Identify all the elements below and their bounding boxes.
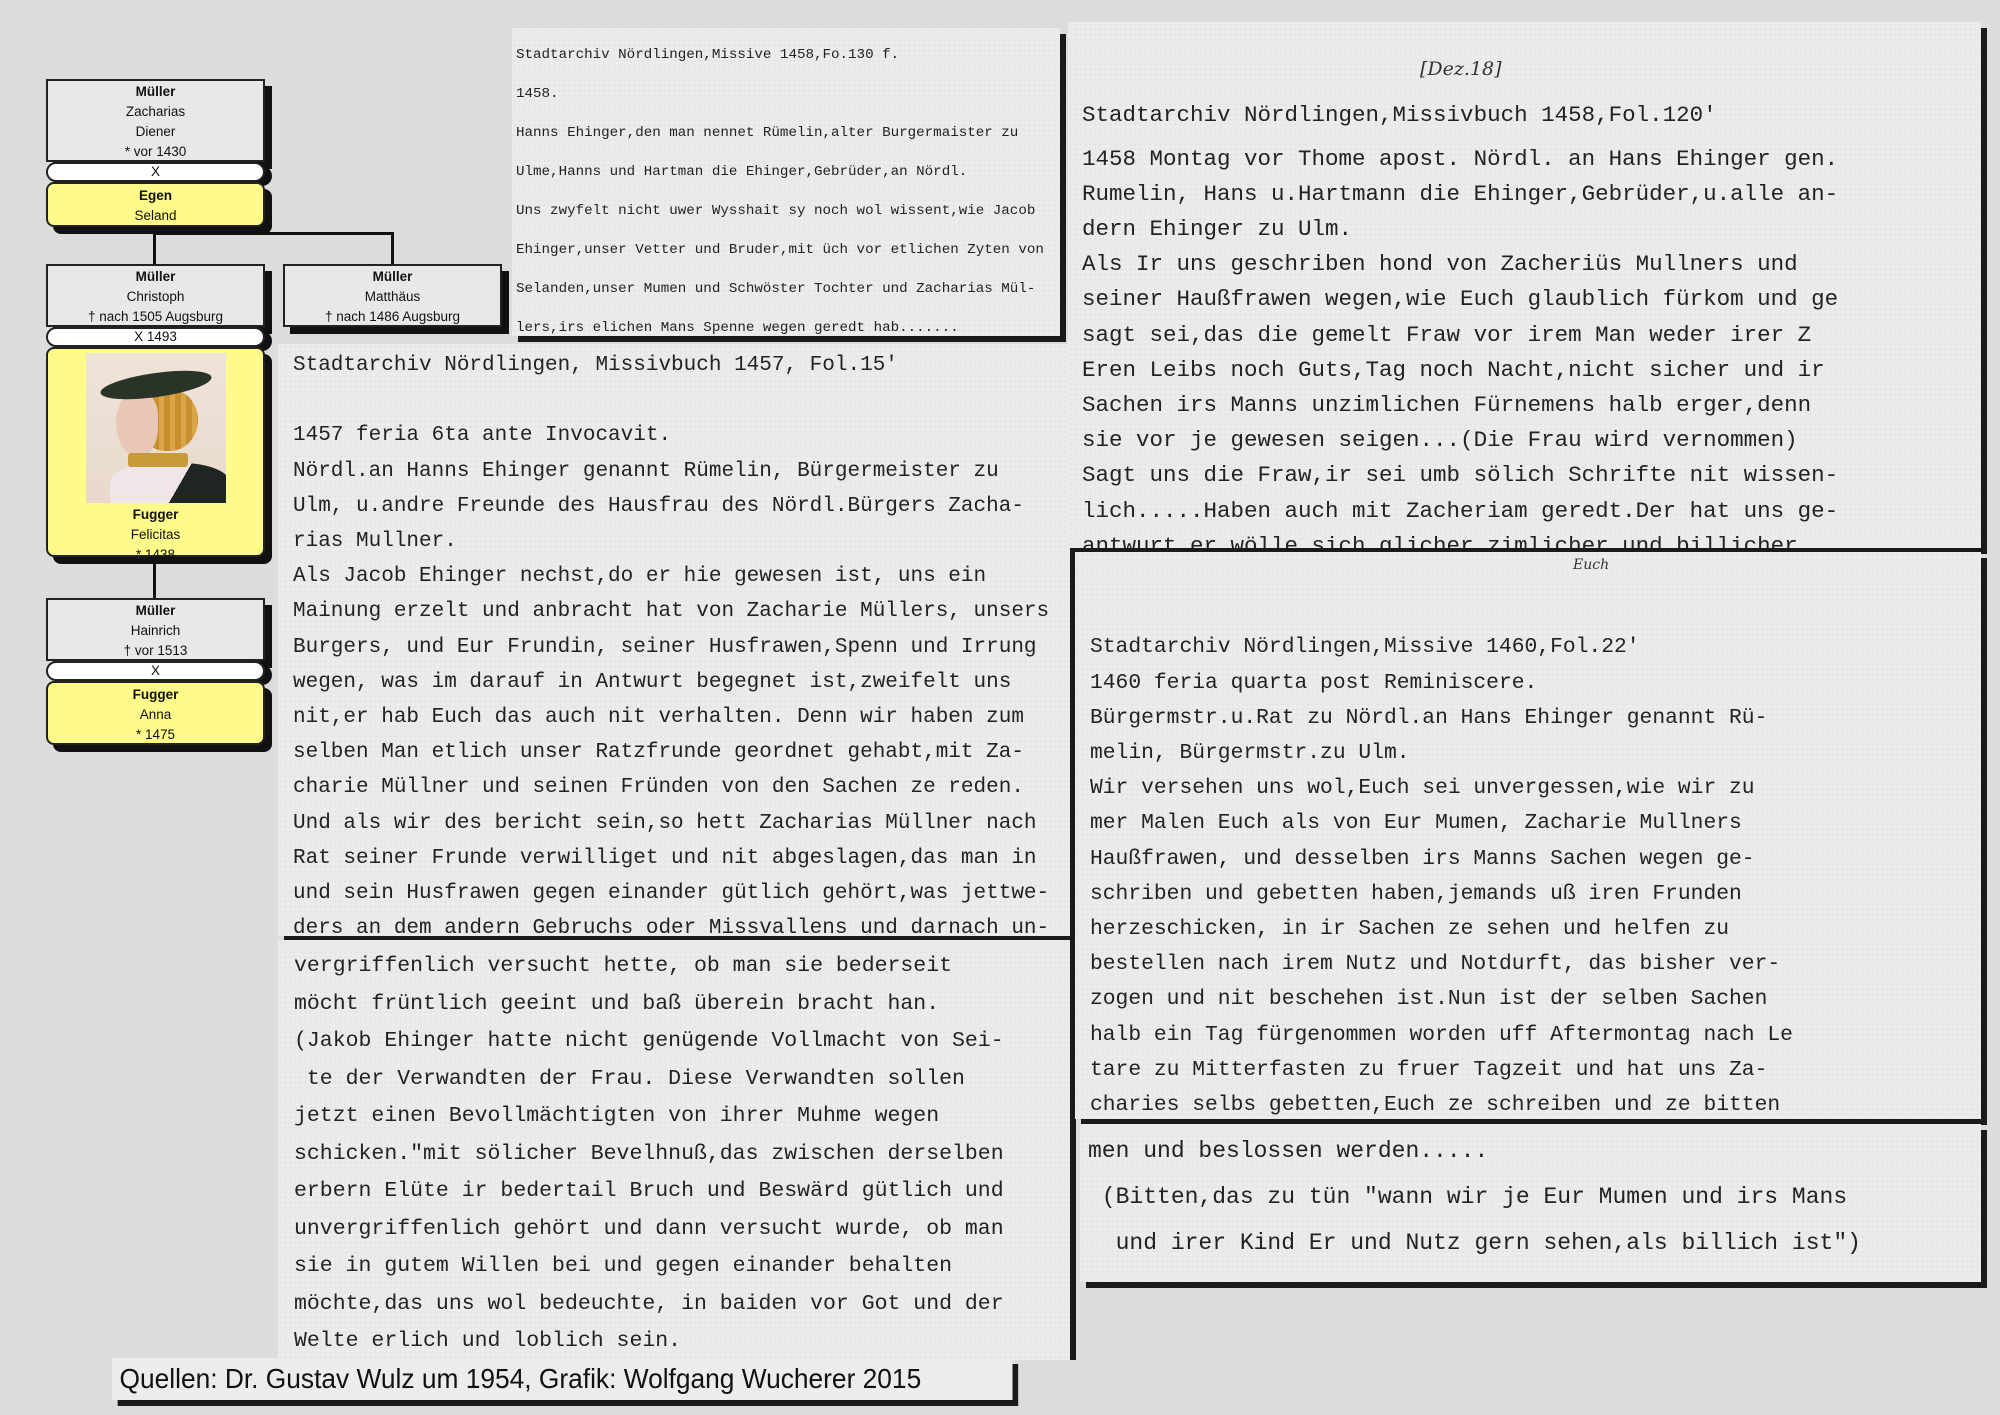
document-line: Rat seiner Frunde verwilliget und nit ab… xyxy=(293,841,1070,876)
document-line: Ulme,Hanns und Hartman die Ehinger,Gebrü… xyxy=(516,153,1060,192)
document-line: herzeschicken, in ir Sachen ze sehen und… xyxy=(1090,912,1981,947)
document-line: Rumelin, Hans u.Hartmann die Ehinger,Geb… xyxy=(1082,177,1981,212)
document-line: (Bitten,das zu tün "wann wir je Eur Mume… xyxy=(1088,1174,1981,1220)
marriage-marker: X 1493 xyxy=(46,327,265,347)
document-line: Burgers, und Eur Frundin, seiner Husfraw… xyxy=(293,630,1070,665)
document-line: Ulm, u.andre Freunde des Hausfrau des Nö… xyxy=(293,489,1070,524)
document-line: seiner Haußfrawen wegen,wie Euch glaubli… xyxy=(1082,282,1981,317)
document-line: Sachen irs Manns unzimlichen Fürnemens h… xyxy=(1082,388,1981,423)
handwritten-annotation: Euch xyxy=(1573,552,1609,583)
given-name: Anna xyxy=(48,705,263,725)
document-line: dern Ehinger zu Ulm. xyxy=(1082,212,1981,247)
occupation: Diener xyxy=(48,122,263,142)
document-line: charie Müllner und seinen Fründen von de… xyxy=(293,770,1070,805)
document-missivbuch-1458-fol120: [Dez.18] Stadtarchiv Nördlingen,Missivbu… xyxy=(1068,22,1981,548)
surname: Müller xyxy=(48,267,263,287)
birth-date: * vor 1430 xyxy=(48,142,263,162)
document-missive-1460-fol22: Euch Stadtarchiv Nördlingen,Missive 1460… xyxy=(1075,552,1981,1119)
birth-date: * 1438 xyxy=(48,545,263,565)
document-line: sie vor je gewesen seigen...(Die Frau wi… xyxy=(1082,423,1981,458)
document-line: Uns zwyfelt nicht uwer Wysshait sy noch … xyxy=(516,192,1060,231)
document-line: antwurt,er wölle sich glicher zimlicher … xyxy=(1082,529,1981,548)
document-line: Stadtarchiv Nördlingen,Missivbuch 1458,F… xyxy=(1082,98,1981,133)
surname: Müller xyxy=(48,601,263,621)
surname: Fugger xyxy=(48,505,263,525)
document-line: Wir versehen uns wol,Euch sei unvergesse… xyxy=(1090,771,1981,806)
connector-line xyxy=(391,232,394,264)
document-line: Als Ir uns geschriben hond von Zacheriüs… xyxy=(1082,247,1981,282)
connector-line xyxy=(153,232,393,235)
death-date: † vor 1513 xyxy=(48,641,263,661)
document-line: bestellen nach irem Nutz und Notdurft, d… xyxy=(1090,947,1981,982)
person-card-matthaeus-mueller[interactable]: Müller Matthäus † nach 1486 Augsburg xyxy=(283,264,502,327)
given-name: Zacharias xyxy=(48,102,263,122)
document-line: sagt sei,das die gemelt Fraw vor irem Ma… xyxy=(1082,318,1981,353)
given-name: Seland xyxy=(48,206,263,226)
document-line: Als Jacob Ehinger nechst,do er hie gewes… xyxy=(293,559,1070,594)
marriage-marker: X xyxy=(46,661,265,681)
document-line: Eren Leibs noch Guts,Tag noch Nacht,nich… xyxy=(1082,353,1981,388)
document-line: jetzt einen Bevollmächtigten von ihrer M… xyxy=(294,1098,1070,1136)
connector-line xyxy=(153,232,156,264)
document-line: wegen, was im darauf in Antwurt begegnet… xyxy=(293,665,1070,700)
document-line: charies selbs gebetten,Euch ze schreiben… xyxy=(1090,1088,1981,1119)
document-line: melin, Bürgermstr.zu Ulm. xyxy=(1090,736,1981,771)
document-line: unvergriffenlich gehört und dann versuch… xyxy=(294,1211,1070,1249)
document-line: lers,irs elichen Mans Spenne wegen gered… xyxy=(516,309,1060,336)
document-line: Ehinger,unser Vetter und Bruder,mit üch … xyxy=(516,231,1060,270)
surname: Fugger xyxy=(48,685,263,705)
marriage-marker: X xyxy=(46,162,265,182)
person-card-felicitas-fugger[interactable]: Fugger Felicitas * 1438 xyxy=(46,347,265,557)
document-line: mer Malen Euch als von Eur Mumen, Zachar… xyxy=(1090,806,1981,841)
document-line: tare zu Mitterfasten zu fruer Tagzeit un… xyxy=(1090,1053,1981,1088)
birth-date: * 1475 xyxy=(48,725,263,745)
person-card-christoph-mueller[interactable]: Müller Christoph † nach 1505 Augsburg xyxy=(46,264,265,327)
document-line: sie in gutem Willen bei und gegen einand… xyxy=(294,1248,1070,1286)
document-line: Hanns Ehinger,den man nennet Rümelin,alt… xyxy=(516,114,1060,153)
handwritten-annotation: [Dez.18] xyxy=(1420,52,1502,87)
document-line: ders an dem andern Gebruchs oder Missval… xyxy=(293,911,1070,936)
document-line: nit,er hab Euch das auch nit verhalten. … xyxy=(293,700,1070,735)
surname: Egen xyxy=(48,186,263,206)
given-name: Matthäus xyxy=(285,287,500,307)
document-line: Und als wir des bericht sein,so hett Zac… xyxy=(293,806,1070,841)
document-line: Mainung erzelt und anbracht hat von Zach… xyxy=(293,594,1070,629)
document-line: möchte,das uns wol bedeuchte, in baiden … xyxy=(294,1286,1070,1324)
document-line: Stadtarchiv Nördlingen,Missive 1458,Fo.1… xyxy=(516,36,1060,75)
death-date: † nach 1505 Augsburg xyxy=(48,307,263,327)
document-line: Selanden,unser Mumen und Schwöster Tocht… xyxy=(516,270,1060,309)
document-line: Stadtarchiv Nördlingen, Missivbuch 1457,… xyxy=(293,348,1070,383)
connector-line xyxy=(153,562,156,598)
given-name: Felicitas xyxy=(48,525,263,545)
document-line xyxy=(293,383,1070,418)
document-line: möcht früntlich geeint und baß überein b… xyxy=(294,986,1070,1024)
document-line: Nördl.an Hanns Ehinger genannt Rümelin, … xyxy=(293,454,1070,489)
document-line: erbern Elüte ir bedertail Bruch und Besw… xyxy=(294,1173,1070,1211)
document-line: 1458 Montag vor Thome apost. Nördl. an H… xyxy=(1082,142,1981,177)
document-missive-1460-continued: men und beslossen werden..... (Bitten,da… xyxy=(1080,1124,1981,1282)
document-missivbuch-1457-continued: vergriffenlich versucht hette, ob man si… xyxy=(278,940,1070,1360)
document-line: selben Man etlich unser Ratzfrunde geord… xyxy=(293,735,1070,770)
document-line: vergriffenlich versucht hette, ob man si… xyxy=(294,948,1070,986)
document-line: 1458. xyxy=(516,75,1060,114)
death-date: † nach 1486 Augsburg xyxy=(285,307,500,327)
document-line: schriben und gebetten haben,jemands uß i… xyxy=(1090,877,1981,912)
document-line: Bürgermstr.u.Rat zu Nördl.an Hans Ehinge… xyxy=(1090,701,1981,736)
document-line: zogen und nit beschehen ist.Nun ist der … xyxy=(1090,982,1981,1017)
portrait-image xyxy=(86,353,226,503)
document-line: lich.....Haben auch mit Zacheriam geredt… xyxy=(1082,494,1981,529)
document-line: Haußfrawen, und desselben irs Manns Sach… xyxy=(1090,842,1981,877)
document-missivbuch-1457: Stadtarchiv Nördlingen, Missivbuch 1457,… xyxy=(278,344,1070,936)
surname: Müller xyxy=(48,82,263,102)
document-line: 1460 feria quarta post Reminiscere. xyxy=(1090,666,1981,701)
document-line: Sagt uns die Fraw,ir sei umb sölich Schr… xyxy=(1082,458,1981,493)
document-line: te der Verwandten der Frau. Diese Verwan… xyxy=(294,1061,1070,1099)
given-name: Hainrich xyxy=(48,621,263,641)
document-line: 1457 feria 6ta ante Invocavit. xyxy=(293,418,1070,453)
document-line: schicken."mit sölicher Bevelhnuß,das zwi… xyxy=(294,1136,1070,1174)
document-line: rias Mullner. xyxy=(293,524,1070,559)
document-line: und sein Husfrawen gegen einander gütlic… xyxy=(293,876,1070,911)
document-line: und irer Kind Er und Nutz gern sehen,als… xyxy=(1088,1220,1981,1266)
person-card-zacharias-mueller[interactable]: Müller Zacharias Diener * vor 1430 xyxy=(46,79,265,162)
person-card-hainrich-mueller[interactable]: Müller Hainrich † vor 1513 xyxy=(46,598,265,661)
document-line: Stadtarchiv Nördlingen,Missive 1460,Fol.… xyxy=(1090,630,1981,665)
person-card-seland-egen[interactable]: Egen Seland xyxy=(46,182,265,227)
given-name: Christoph xyxy=(48,287,263,307)
document-line: halb ein Tag fürgenommen worden uff Afte… xyxy=(1090,1018,1981,1053)
document-line: Welte erlich und loblich sein. xyxy=(294,1323,1070,1360)
document-line: men und beslossen werden..... xyxy=(1088,1128,1981,1174)
surname: Müller xyxy=(285,267,500,287)
document-missive-1458-fo130: Stadtarchiv Nördlingen,Missive 1458,Fo.1… xyxy=(512,28,1060,336)
person-card-anna-fugger[interactable]: Fugger Anna * 1475 xyxy=(46,681,265,745)
source-caption: Quellen: Dr. Gustav Wulz um 1954, Grafik… xyxy=(112,1358,1013,1400)
document-line: (Jakob Ehinger hatte nicht genügende Vol… xyxy=(294,1023,1070,1061)
